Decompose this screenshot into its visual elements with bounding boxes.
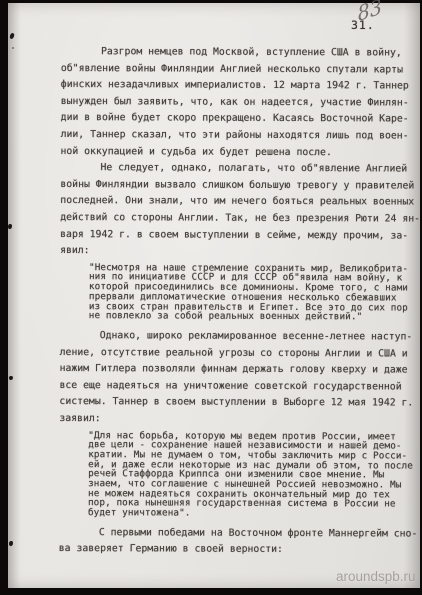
text-line: ление, отсутствие реальной угрозы со сто… — [60, 345, 410, 363]
text-line: дии в войне будет скоро прекращено. Каса… — [61, 110, 411, 128]
text-line: Однако, широко рекламированное весенне-л… — [60, 328, 410, 346]
text-line: нажим Гитлера позволяли финнам держать г… — [60, 361, 410, 379]
text-line: вынужден был заявить, что, как он надеет… — [61, 94, 411, 112]
text-line: системы. Таннер в своем выступлении в Вы… — [59, 394, 409, 412]
text-line: явил: — [60, 243, 410, 261]
text-line: лии, Таннер сказал, что эти районы наход… — [61, 127, 411, 145]
paragraph: Разгром немцев под Москвой, вступление С… — [60, 44, 411, 162]
text-line: С первыми победами на Восточном фронте М… — [59, 525, 409, 543]
paragraph: С первыми победами на Восточном фронте М… — [59, 525, 409, 560]
text-column: Разгром немцев под Москвой, вступление С… — [59, 44, 411, 560]
text-line: финских незадачливых империалистов. 12 м… — [61, 77, 411, 95]
text-line: варя 1942 г. в своем выступлении в сейме… — [60, 227, 410, 245]
text-line: ной оккупацией и судьба их будет решена … — [60, 144, 410, 162]
page-number: 31. — [351, 18, 375, 32]
text-line: заявил: — [59, 411, 409, 429]
text-line: все еще надеяться на уничтожение советск… — [59, 378, 409, 396]
text-line: войны Финляндии вызвало слишком большую … — [60, 177, 410, 195]
quote-block: "Несмотря на наше стремление сохранить м… — [89, 263, 410, 323]
watermark: aroundspb.ru — [336, 569, 416, 584]
text-line: об"явление войны Финляндии Англией неско… — [61, 61, 411, 79]
text-line: Не следует, однако, полагать, что об"явл… — [60, 160, 410, 178]
document-page: 83 31. Разгром немцев под Москвой, вступ… — [0, 0, 422, 595]
text-line: не повлекло за собой реальных военных де… — [89, 311, 410, 322]
text-line: ва заверяет Германию в своей верности: — [59, 541, 409, 559]
text-line: будет уничтожена". — [88, 508, 409, 519]
paragraph: Однако, широко рекламированное весенне-л… — [59, 328, 409, 429]
paragraph: Не следует, однако, полагать, что об"явл… — [60, 160, 410, 261]
text-line: последней. Они знали, что им нечего боят… — [60, 193, 410, 211]
quote-block: "Для нас борьба, которую мы ведем против… — [88, 431, 409, 520]
text-line: Разгром немцев под Москвой, вступление С… — [61, 44, 411, 62]
text-line: действий со стороны Англии. Так, не без … — [60, 210, 410, 228]
